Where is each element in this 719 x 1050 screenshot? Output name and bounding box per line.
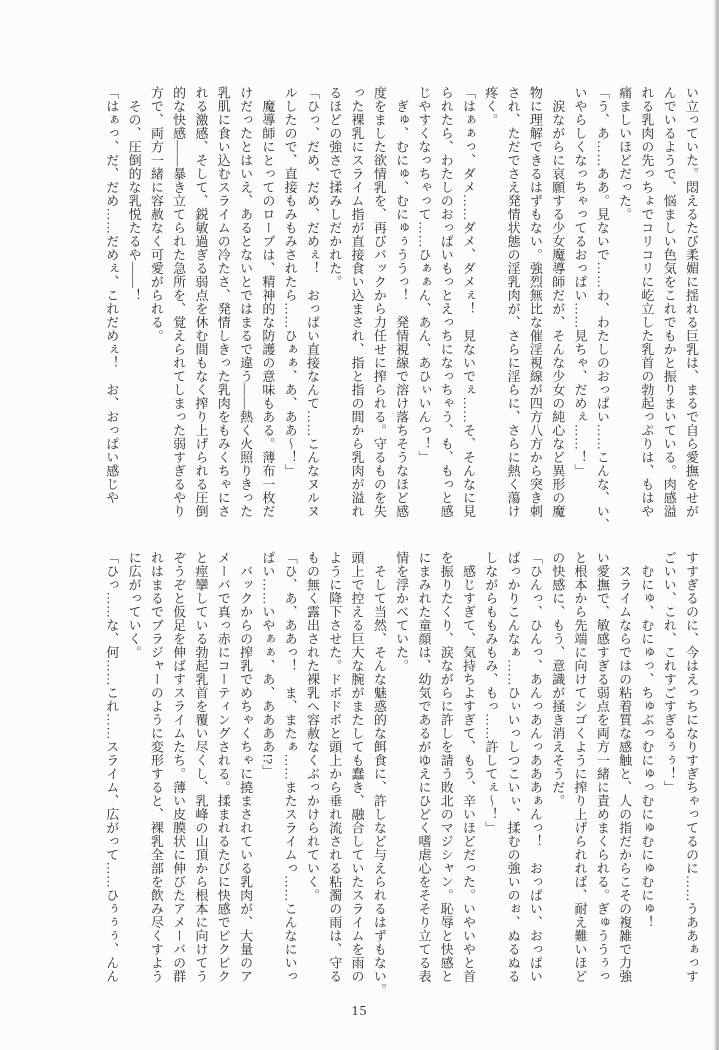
text-column: 的な快感——暴き立てられた急所を、覚えられてしまった弱すぎるやり	[167, 86, 189, 534]
text-column: ルしたので、直接もみもみされたら……ひぁぁ、あ、ああ〜！」	[278, 86, 300, 534]
text-column: 乳肌に食い込むスライムの冷たさ、発情しきった乳肉をもみくちゃにさ	[211, 86, 233, 534]
text-column: され、ただでさえ発情状態の淫乳肉が、さらに淫らに、さらに熱く蕩け	[501, 86, 523, 534]
scanned-page: い立っていた。悶えるたび柔媚に揺れる巨乳は、まるで自ら愛撫をせがんでいるようで、…	[0, 0, 719, 1050]
text-column: 「はぁぁっ、ダメ……ダメ、ダメぇ！ 見ないでぇ……そ、そんなに見	[457, 86, 479, 534]
text-column: 「う、あ……ああ。見ないで……わ、わたしのおっぱい……こんな、い、	[591, 86, 613, 534]
text-block-lower: すすぎるのに、今はえっちになりすぎちゃってるのに……うああぁっすごいい、これ、こ…	[98, 551, 702, 1007]
text-column: ぎゅ、むにゅ、むにゅぅううっ！ 発情視線で溶け落ちそうなほど感	[390, 86, 412, 534]
text-column: 頭上で控える巨大な腕がまたしても蠢き、融合していたスライムを雨の	[345, 551, 367, 1007]
text-column: 度をました欲情乳を、再びバックから力任せに搾られる。守るものを失	[368, 86, 390, 534]
text-column: 「はぁっ、だ、だめ……だめぇ、これだめぇ！ お、おっぱい感じや	[100, 86, 122, 534]
text-column: れる乳肉の先っちょでコリコリに屹立した乳首の勃起っぷりは、もはや	[635, 86, 657, 534]
text-column: 「ひ、あ、ああっ！ ま、またぁ……またスライムっ……こんなにいっ	[278, 551, 300, 1007]
text-column: ぞうぞと仮足を伸ばすスライムたち。薄い皮膜状に伸びたアメーバの群	[167, 551, 189, 1007]
text-column: ばっかりこんなぁ……ひぃいっしつこいぃ、揉むの強いのぉ、ぬるぬる	[501, 551, 523, 1007]
text-column: い愛撫で、敏感すぎる弱点を両方一緒に責めまくられる。ぎゅううぅっ	[591, 551, 613, 1007]
text-column: れる激感、そして、鋭敏過ぎる弱点を休む間もなく搾り上げられる圧倒	[189, 86, 211, 534]
text-column: んでいるようで、悩ましい色気をこれでもかと振りまいている。肉感溢	[657, 86, 679, 534]
text-column: 物に理解できるはずもない。強烈無比な催淫視線が四方八方から突き刺	[524, 86, 546, 534]
text-column: むにゅ、むにゅっ、ちゅぶっむにゅっむにゅむにゅむにゅ！	[635, 551, 657, 1007]
text-column: 感じすぎて、気持ちよすぎて、もう、辛いほどだった。いやいやと首	[457, 551, 479, 1007]
text-column: にまみれた童顔は、幼気であるがゆえにひどく嗜虐心をそそり立てる表	[412, 551, 434, 1007]
text-column: しながらももみもみ、もっ……許してぇ〜！」	[479, 551, 501, 1007]
text-column: れはまるでブラジャーのように変形すると、裸乳全部を飲み尽くすよう	[145, 551, 167, 1007]
text-column: と根本から先端に向けてシゴくように搾り上げられれば、耐え難いほど	[568, 551, 590, 1007]
text-column: スライムならではの粘着質な感触と、人の指だからこその複雑で力強	[613, 551, 635, 1007]
text-column: に広がっていく。	[122, 551, 144, 1007]
text-column: ごいい、これ、これすごすぎるぅぅ！」	[657, 551, 679, 1007]
text-column: 「ひっ、だめ、だめ、だめぇ！ おっぱい直接なんて……こんなヌルヌ	[301, 86, 323, 534]
text-column: そして当然、そんな魅惑的な餌食に、許しなど与えられるはずもない。	[368, 551, 390, 1007]
text-column: バックからの搾乳でめちゃくちゃに撓まされている乳肉が、大量のア	[234, 551, 256, 1007]
text-column: 涙ながらに哀願する少女魔導師だが、そんな少女の純心など異形の魔	[546, 86, 568, 534]
page-number: 15	[0, 1004, 719, 1020]
text-column: 「ひんっ、ひんっ、あんっあんっあああぁんっ！ おっぱい、おっぱい	[524, 551, 546, 1007]
text-column: もの無く露出された裸乳へ容赦なくぶっかけられていく。	[301, 551, 323, 1007]
text-column: った裸乳にスライム指が直接食い込まされ、指と指の間から乳肉が溢れ	[345, 86, 367, 534]
text-column: るほどの強さで揉みしだかれた。	[323, 86, 345, 534]
text-column: メーバで真っ赤にコーティングされる。揉まれるたびに快感でピクピク	[211, 551, 233, 1007]
text-column: 疼く。	[479, 86, 501, 534]
text-column: いやらしくなっちゃってるおっぱい……見ちゃ、だめぇ……！」	[568, 86, 590, 534]
text-column: ように降下させた。ドボドボと頭上から垂れ流される粘濁の雨は、守る	[323, 551, 345, 1007]
text-column: その、圧倒的な乳悦たるや——！	[122, 86, 144, 534]
text-column: けだったとはいえ、あるとないとではまるで違う——熱く火照りきった	[234, 86, 256, 534]
text-block-upper: い立っていた。悶えるたび柔媚に揺れる巨乳は、まるで自ら愛撫をせがんでいるようで、…	[98, 86, 702, 534]
text-column: 情を浮かべていた。	[390, 551, 412, 1007]
text-column: 方で、両方一緒に容赦なく可愛がられる。	[145, 86, 167, 534]
text-column: 魔導師にとってのローブは、精神的な防護の意味もある。薄布一枚だ	[256, 86, 278, 534]
text-column: い立っていた。悶えるたび柔媚に揺れる巨乳は、まるで自ら愛撫をせが	[680, 86, 702, 534]
text-column: じやすくなっちゃって……ひぁぁん、あん、あひぃいんっ！」	[412, 86, 434, 534]
text-column: 「ひっ……な、何……これ……スライム、広がって……ひぅぅぅ、んん	[100, 551, 122, 1007]
text-column: られたら、わたしのおっぱいもっとえっちになっちゃう、も、もっと感	[434, 86, 456, 534]
text-column: すすぎるのに、今はえっちになりすぎちゃってるのに……うああぁっす	[680, 551, 702, 1007]
text-column: と痙攣している勃起乳首を覆い尽くし、乳峰の山頂から根本に向けてう	[189, 551, 211, 1007]
text-column: ぱい……いやぁぁ、あ、ああああ!?」	[256, 551, 278, 1007]
page-edge-shadow	[712, 0, 719, 1050]
text-column: の快感に、もう、意識が掻き消えそうだ。	[546, 551, 568, 1007]
text-column: を振りたくり、涙ながらに許しを請う敗北のマジシャン。恥辱と快感と	[434, 551, 456, 1007]
text-column: 痛ましいほどだった。	[613, 86, 635, 534]
